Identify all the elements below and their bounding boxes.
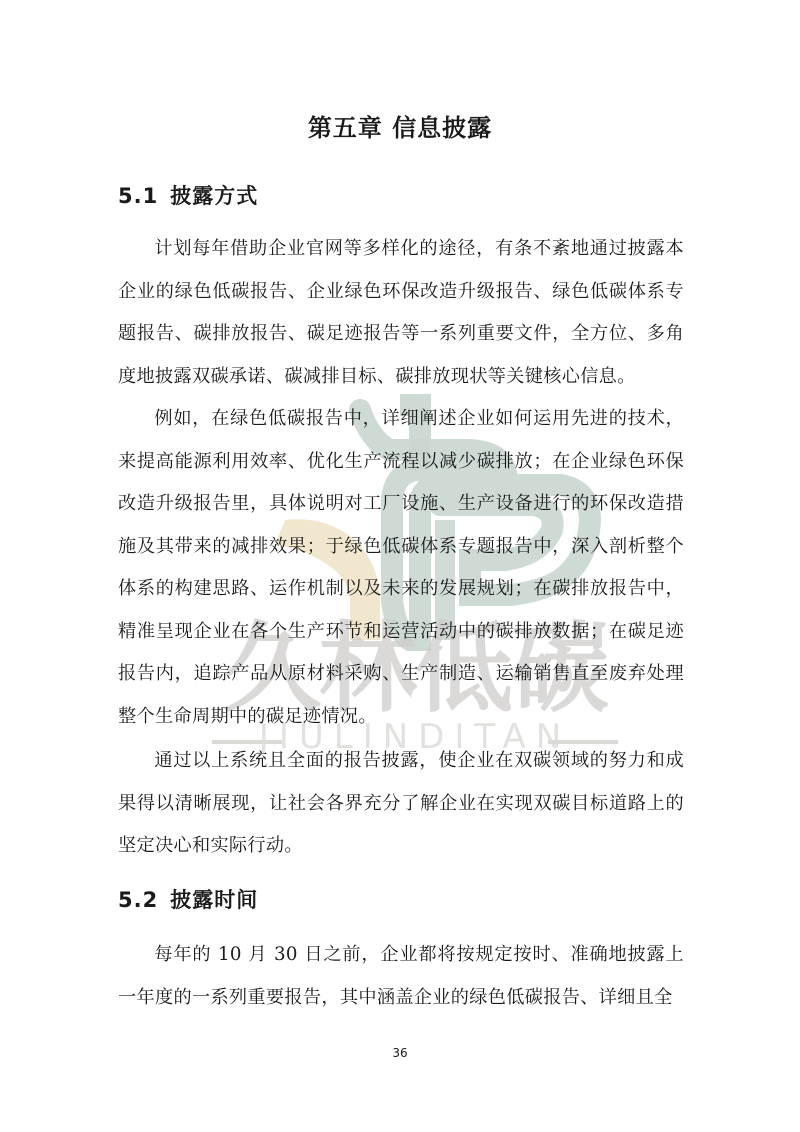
section-number: 5.2 bbox=[118, 888, 158, 912]
section-heading-5-1: 5.1披露方式 bbox=[118, 180, 258, 210]
paragraph: 通过以上系统且全面的报告披露，使企业在双碳领域的努力和成果得以清晰展现，让社会各… bbox=[118, 740, 684, 868]
paragraph: 每年的 10 月 30 日之前，企业都将按规定按时、准确地披露上一年度的一系列重… bbox=[118, 934, 684, 1019]
chapter-title: 第五章 信息披露 bbox=[0, 108, 800, 143]
document-page: 久林低碳 JIULINDITAN 第五章 信息披露 5.1披露方式 计划每年借助… bbox=[0, 0, 800, 1132]
section-title-text: 披露时间 bbox=[170, 888, 258, 912]
paragraph: 例如，在绿色低碳报告中，详细阐述企业如何运用先进的技术，来提高能源利用效率、优化… bbox=[118, 398, 684, 738]
section-title-text: 披露方式 bbox=[170, 184, 258, 208]
section-heading-5-2: 5.2披露时间 bbox=[118, 884, 258, 914]
page-content: 第五章 信息披露 5.1披露方式 计划每年借助企业官网等多样化的途径，有条不紊地… bbox=[0, 0, 800, 1132]
page-number: 36 bbox=[0, 1046, 800, 1060]
section-number: 5.1 bbox=[118, 184, 158, 208]
paragraph: 计划每年借助企业官网等多样化的途径，有条不紊地通过披露本企业的绿色低碳报告、企业… bbox=[118, 228, 684, 398]
